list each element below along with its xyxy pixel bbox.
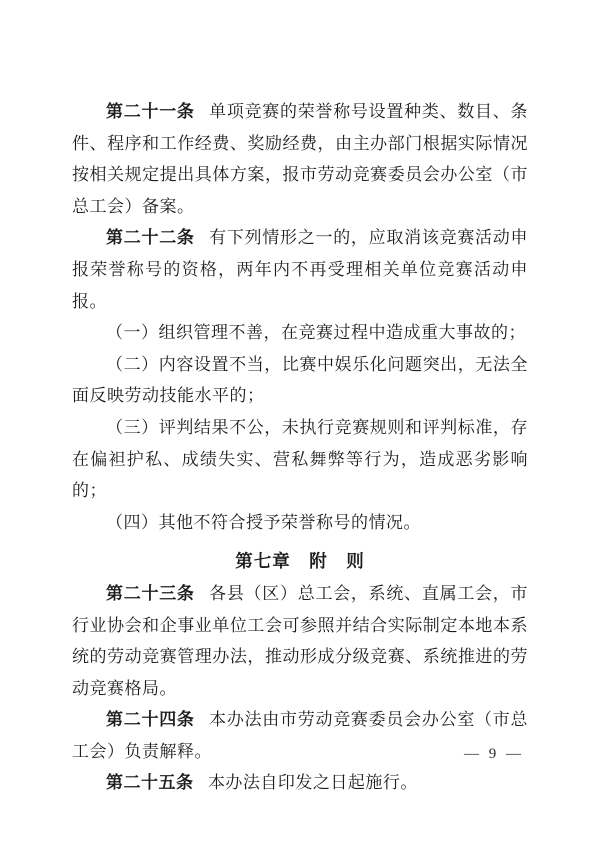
document-body: 第二十一条单项竞赛的荣誉称号设置种类、数目、条件、程序和工作经费、奖励经费，由主… bbox=[72, 96, 528, 799]
article-24-number: 第二十四条 bbox=[106, 710, 195, 729]
page-number: — 9 — bbox=[464, 746, 524, 763]
article-22-paragraph: 第二十二条有下列情形之一的，应取消该竞赛活动申报荣誉称号的资格，两年内不再受理相… bbox=[72, 222, 528, 317]
article-21-number: 第二十一条 bbox=[106, 102, 195, 121]
article-21-paragraph: 第二十一条单项竞赛的荣誉称号设置种类、数目、条件、程序和工作经费、奖励经费，由主… bbox=[72, 96, 528, 222]
article-25-paragraph: 第二十五条本办法自印发之日起施行。 bbox=[72, 767, 528, 799]
article-25-text: 本办法自印发之日起施行。 bbox=[208, 773, 418, 792]
clause-item-3-text: （三）评判结果不公，未执行竞赛规则和评判标准，存在偏袒护私、成绩失实、营私舞弊等… bbox=[72, 418, 528, 500]
article-22-number: 第二十二条 bbox=[106, 228, 195, 247]
article-23-paragraph: 第二十三条各县（区）总工会，系统、直属工会，市行业协会和企事业单位工会可参照并结… bbox=[72, 578, 528, 704]
clause-item-2: （二）内容设置不当，比赛中娱乐化问题突出，无法全面反映劳动技能水平的； bbox=[72, 349, 528, 412]
clause-item-2-text: （二）内容设置不当，比赛中娱乐化问题突出，无法全面反映劳动技能水平的； bbox=[72, 355, 528, 406]
chapter-heading: 第七章 附 则 bbox=[72, 546, 528, 578]
clause-item-1-text: （一）组织管理不善，在竞赛过程中造成重大事故的； bbox=[106, 323, 526, 342]
article-25-number: 第二十五条 bbox=[106, 773, 194, 792]
article-24-paragraph: 第二十四条本办法由市劳动竞赛委员会办公室（市总工会）负责解释。 bbox=[72, 704, 528, 767]
clause-item-4: （四）其他不符合授予荣誉称号的情况。 bbox=[72, 507, 528, 539]
article-23-number: 第二十三条 bbox=[106, 584, 195, 603]
clause-item-3: （三）评判结果不公，未执行竞赛规则和评判标准，存在偏袒护私、成绩失实、营私舞弊等… bbox=[72, 412, 528, 507]
document-page: 第二十一条单项竞赛的荣誉称号设置种类、数目、条件、程序和工作经费、奖励经费，由主… bbox=[0, 0, 600, 848]
clause-item-4-text: （四）其他不符合授予荣誉称号的情况。 bbox=[106, 513, 421, 532]
clause-item-1: （一）组织管理不善，在竞赛过程中造成重大事故的； bbox=[72, 317, 528, 349]
